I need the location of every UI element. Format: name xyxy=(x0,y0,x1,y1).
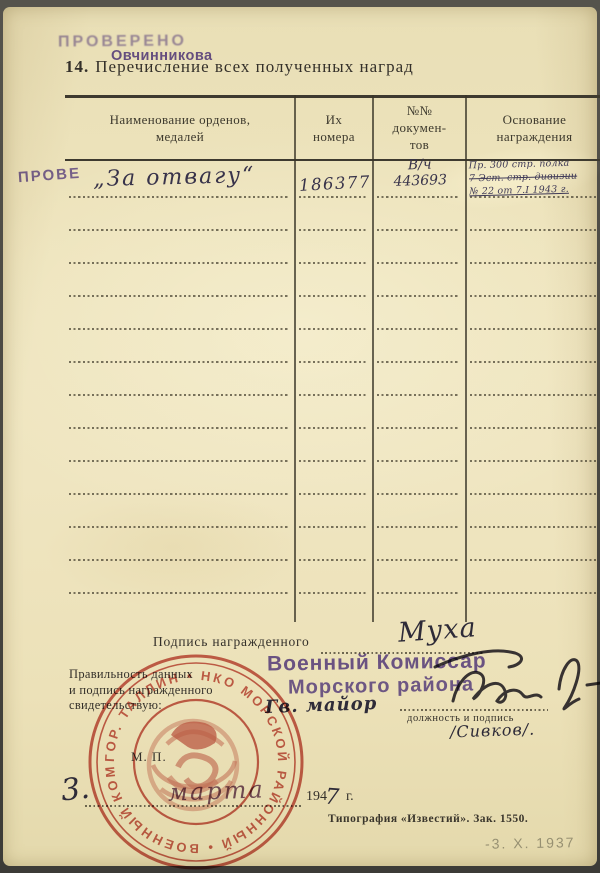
awardee-signature-label: Подпись награжденного xyxy=(153,634,310,650)
typography-imprint: Типография «Известий». Зак. 1550. xyxy=(328,813,528,825)
round-military-commissariat-stamp: ГОР. ТАЛЛИН • НКО МОРСКОЙ РАЙОННЫЙ • ВОЕ… xyxy=(83,649,309,873)
empty-row xyxy=(65,231,600,264)
table-cell xyxy=(295,396,373,429)
section-heading: 14.Перечисление всех полученных наград xyxy=(65,57,414,77)
document-number-handwritten: В/ч 443693 xyxy=(384,156,455,190)
paper-sheet: ПРОВЕРЕНО Овчинникова 14.Перечисление вс… xyxy=(3,7,597,866)
table-cell xyxy=(466,495,600,528)
table-cell xyxy=(295,528,373,561)
date-suffix: г. xyxy=(346,789,354,805)
table-cell xyxy=(373,495,466,528)
table-cell xyxy=(373,264,466,297)
empty-row xyxy=(65,528,600,561)
empty-row xyxy=(65,264,600,297)
award-basis-handwritten: Пр. 300 стр. полка 7 Эст. стр. дивизии №… xyxy=(469,157,578,199)
empty-row xyxy=(65,198,600,231)
col-header-basis: Основание награждения xyxy=(466,98,600,159)
table-body xyxy=(65,161,600,594)
table-cell xyxy=(466,462,600,495)
table-cell xyxy=(65,396,295,429)
table-cell xyxy=(466,198,600,231)
award-name-handwritten: „За отвагу“ xyxy=(93,163,256,192)
table-cell xyxy=(295,363,373,396)
cell-dotted-line xyxy=(377,592,459,594)
table-cell xyxy=(65,198,295,231)
table-cell xyxy=(466,297,600,330)
cell-dotted-line xyxy=(299,592,366,594)
table-cell xyxy=(65,495,295,528)
table-cell xyxy=(295,561,373,594)
cell-dotted-line xyxy=(470,592,596,594)
table-cell xyxy=(373,231,466,264)
stamp-ring-text: ГОР. ТАЛЛИН • НКО МОРСКОЙ РАЙОННЫЙ • ВОЕ… xyxy=(83,649,290,856)
empty-row xyxy=(65,462,600,495)
table-cell xyxy=(373,297,466,330)
cell-dotted-line xyxy=(69,592,288,594)
empty-row xyxy=(65,330,600,363)
table-cell xyxy=(373,396,466,429)
table-cell xyxy=(466,231,600,264)
table-cell xyxy=(295,330,373,363)
table-cell xyxy=(373,528,466,561)
table-cell xyxy=(373,561,466,594)
table-cell xyxy=(295,462,373,495)
table-cell xyxy=(466,330,600,363)
table-cell xyxy=(466,363,600,396)
table-cell xyxy=(466,396,600,429)
col-header-numbers: Их номера xyxy=(295,98,373,159)
empty-row xyxy=(65,495,600,528)
table-header-row: Наименование орденов, медалей Их номера … xyxy=(65,98,600,161)
table-cell xyxy=(65,297,295,330)
empty-row xyxy=(65,363,600,396)
empty-row xyxy=(65,429,600,462)
received-date-stamp: -3. X. 1937 xyxy=(485,834,576,852)
column-divider xyxy=(372,95,374,622)
commissar-signature xyxy=(431,629,600,729)
table-cell xyxy=(373,330,466,363)
table-cell xyxy=(373,363,466,396)
table-cell xyxy=(65,462,295,495)
table-cell xyxy=(373,429,466,462)
table-cell xyxy=(373,462,466,495)
empty-row xyxy=(65,561,600,594)
table-cell xyxy=(373,198,466,231)
table-cell xyxy=(65,528,295,561)
empty-row xyxy=(65,396,600,429)
table-cell xyxy=(295,198,373,231)
table-cell xyxy=(466,528,600,561)
table-cell xyxy=(65,429,295,462)
col-header-documents: №№ докумен- тов xyxy=(373,98,466,159)
table-cell xyxy=(466,561,600,594)
empty-row xyxy=(65,297,600,330)
table-cell xyxy=(295,264,373,297)
date-year-handwritten: 7 xyxy=(324,785,340,811)
table-cell xyxy=(65,330,295,363)
table-cell xyxy=(65,231,295,264)
table-cell xyxy=(295,429,373,462)
award-number-handwritten: 186377 xyxy=(299,172,372,195)
table-cell xyxy=(466,429,600,462)
table-cell xyxy=(466,264,600,297)
column-divider xyxy=(465,95,467,622)
table-cell xyxy=(295,231,373,264)
col-header-award-name: Наименование орденов, медалей xyxy=(65,98,295,159)
table-cell xyxy=(65,264,295,297)
table-cell xyxy=(65,363,295,396)
column-divider xyxy=(294,95,296,622)
section-number: 14. xyxy=(65,57,89,76)
table-cell xyxy=(295,495,373,528)
scanned-document: ПРОВЕРЕНО Овчинникова 14.Перечисление вс… xyxy=(0,0,600,873)
table-cell xyxy=(295,297,373,330)
table-cell xyxy=(65,561,295,594)
section-title: Перечисление всех полученных наград xyxy=(95,57,414,76)
